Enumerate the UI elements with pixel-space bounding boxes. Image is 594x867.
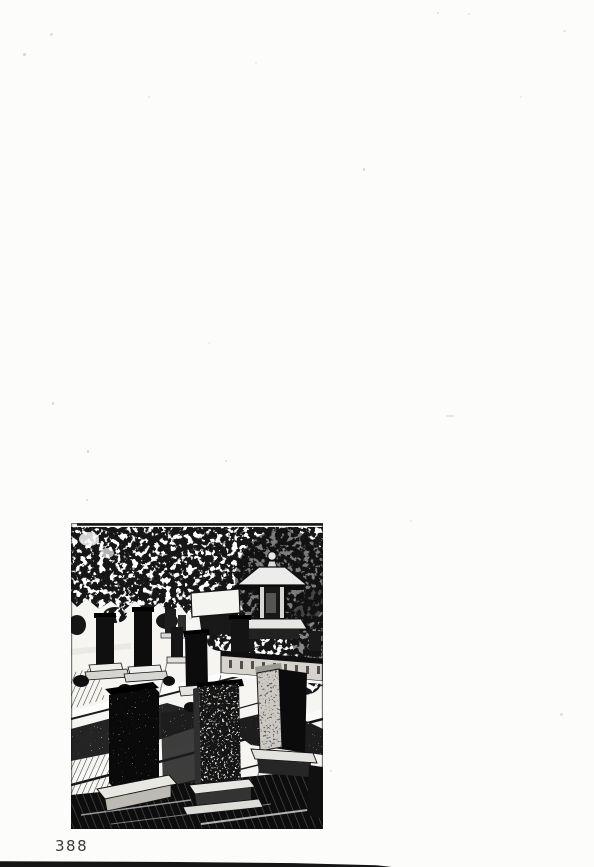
scan-edge-artifact — [0, 860, 392, 867]
grave-pillar-far-right — [307, 765, 323, 819]
page-number: 388 — [55, 837, 88, 855]
paper-speck — [50, 33, 53, 36]
paper-speck — [255, 62, 257, 64]
paper-speck — [410, 520, 412, 522]
paper-speck — [208, 342, 210, 344]
paper-speck — [148, 96, 150, 98]
paper-speck — [52, 402, 54, 405]
paper-speck — [520, 96, 522, 98]
paper-speck — [363, 168, 365, 171]
paper-speck — [225, 460, 227, 462]
paper-speck — [446, 415, 454, 417]
paper-speck — [468, 13, 470, 15]
scanned-page: 388 — [0, 0, 594, 867]
cemetery-illustration — [71, 523, 323, 829]
paper-speck — [563, 30, 566, 32]
paper-speck — [86, 499, 88, 501]
paper-speck — [437, 12, 439, 14]
paper-speck — [330, 770, 332, 772]
paper-speck — [87, 450, 89, 453]
paper-speck — [560, 713, 563, 716]
paper-speck — [23, 53, 26, 56]
